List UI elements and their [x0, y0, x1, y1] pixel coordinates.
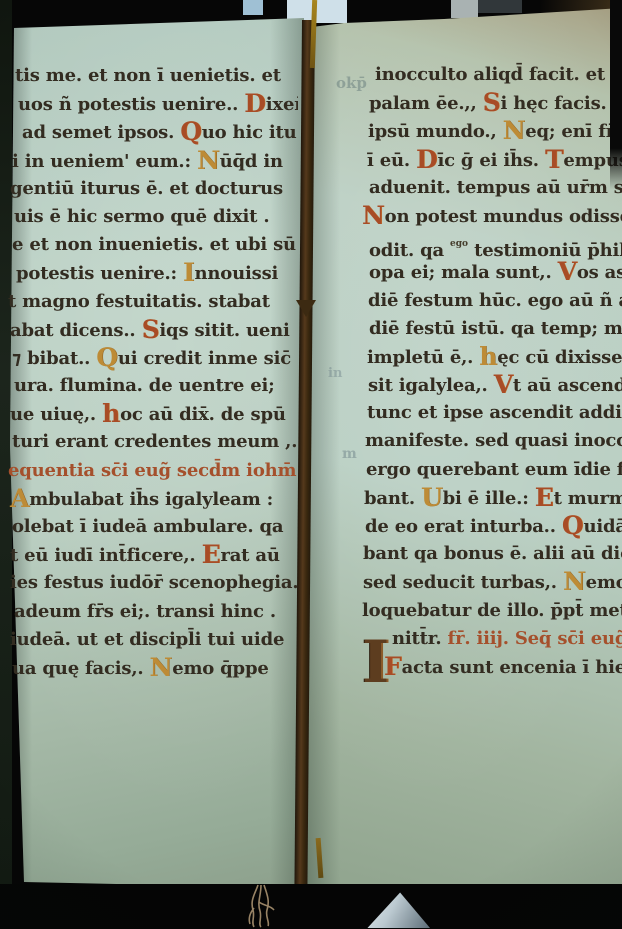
- ink-text: iudeā. ut et discipl̄i tui uide: [10, 629, 284, 650]
- ink-text: tunc et ipse ascendit addiē fe: [367, 402, 622, 423]
- manuscript-line: tunc et ipse ascendit addiē fe: [356, 399, 622, 427]
- right-page-text: inocculto aliqd̄ facit. et queritpalam ē…: [356, 61, 622, 701]
- manuscript-line: sed seducit turbas,. Nemo tam̄ p: [356, 568, 622, 596]
- ink-text: diē festum hūc. ego aū ñ ascen: [368, 290, 622, 311]
- manuscript-line: uos ñ potestis uenire.. Dixer̄: [8, 90, 298, 118]
- ink-text: inocculto aliqd̄ facit. et querit: [375, 64, 622, 85]
- ink-text: mbulabat ih̄s igalyleam :: [29, 489, 273, 510]
- manuscript-line: potestis uenire.: Innouissi: [8, 259, 298, 287]
- manuscript-line: Non potest mundus odisse uos: [356, 202, 622, 230]
- ink-text: t murmur mul: [554, 488, 622, 509]
- ink-text: bi ē ille.:: [443, 488, 535, 509]
- ink-text: ⁊ bibat..: [12, 348, 96, 369]
- ink-text: ies festus iudōr̄ scenophegia.: [10, 572, 298, 593]
- ink-text: uo hic itu: [202, 122, 297, 143]
- photo-bottom-edge: [0, 884, 622, 929]
- colored-initial: Q: [96, 343, 118, 372]
- ink-text: oc aū dix̄. de spū: [120, 404, 286, 425]
- manuscript-line: sit igalylea,. Vt aū ascenderunt: [356, 371, 622, 399]
- ink-text: impletū ē,.: [367, 347, 479, 368]
- ink-text: īc ḡ ei ih̄s.: [437, 150, 544, 171]
- ink-text: ūq̄d in: [220, 151, 283, 172]
- ink-text: ipsū mundo.,: [368, 121, 503, 142]
- manuscript-line: ue uiuę,. hoc aū dix̄. de spū: [8, 400, 298, 428]
- manuscript-line: abat dicens.. Siqs sitit. ueni: [8, 316, 298, 344]
- manuscript-line: ⁊ bibat.. Qui credit inme sic̄: [8, 344, 298, 372]
- ink-text: uis ē hic sermo quē dixit .: [14, 206, 269, 227]
- colored-initial: N: [197, 146, 220, 175]
- ink-text: ęc cū dixisset ipse: [497, 347, 622, 368]
- ink-text: potestis uenire.:: [16, 263, 183, 284]
- ink-text: emo tam̄ p: [586, 572, 622, 593]
- colored-initial: E: [535, 483, 554, 512]
- manuscript-line: equentia sc̄i eug̃ secd̄m iohm̄ .: [8, 457, 298, 485]
- manuscript-line: olebat ī iudeā ambulare. qa: [8, 513, 298, 541]
- colored-initial: I: [183, 258, 195, 287]
- ink-text: de eo erat inturba..: [365, 516, 562, 537]
- colored-initial: D: [244, 89, 265, 118]
- ink-text: t aū ascenderunt: [513, 375, 622, 396]
- manuscript-line: t eū iudī int̄ficere,. Erat aū: [8, 541, 298, 569]
- colored-initial: h: [102, 399, 120, 428]
- ink-text: ue uiuę,.: [10, 404, 102, 425]
- colored-initial: N: [563, 567, 586, 596]
- manuscript-photo: okp̄ in m tis me. et non ī uenietis. etu…: [0, 0, 622, 929]
- ink-text: nnouissi: [195, 263, 279, 284]
- ink-text: sit igalylea,.: [368, 375, 494, 396]
- ink-text: manifeste. sed quasi inocculto: [365, 430, 622, 451]
- manuscript-line: i in ueniem' eum.: Nūq̄d in: [8, 147, 298, 175]
- ink-text: ī eū.: [367, 150, 416, 171]
- manuscript-line: ī eū. Dīc ḡ ei ih̄s. Tempus meū: [356, 146, 622, 174]
- rubric-text: fr̄. iiij. Seq̄ sc̄i eug̃ Sec: [448, 628, 622, 649]
- manuscript-line: iudeā. ut et discipl̄i tui uide: [8, 626, 298, 654]
- manuscript-line: loquebatur de illo. p̄pt̄ metū iu: [356, 597, 622, 625]
- ink-text: diē festū istū. qa temp; meū nond: [369, 318, 622, 339]
- ink-text: opa ei; mala sunt,.: [369, 262, 558, 283]
- colored-initial: V: [494, 370, 513, 399]
- rubric-text: equentia sc̄i eug̃ secd̄m iohm̄ .: [8, 460, 298, 481]
- frayed-cord-tassel: [244, 884, 300, 928]
- ink-text: rat aū: [220, 545, 279, 566]
- ink-text: ego: [450, 239, 468, 249]
- ink-text: palam ēe.,,: [369, 93, 483, 114]
- manuscript-line: bant. Ubi ē ille.: Et murmur mul: [356, 484, 622, 512]
- manuscript-line: ad semet ipsos. Quo hic itu: [8, 118, 298, 146]
- manuscript-line: tis me. et non ī uenietis. et: [8, 62, 298, 90]
- manuscript-line: de eo erat inturba.. Quidā enī d: [356, 512, 622, 540]
- background-object-gray: [451, 0, 478, 18]
- manuscript-line: ergo querebant eum īdie festo d: [356, 456, 622, 484]
- ink-text: bant qa bonus ē. alii aū dicebant: [363, 543, 622, 564]
- background-object-dark: [478, 0, 522, 13]
- manuscript-line: adeum fr̄s ei;. transi hinc .: [8, 598, 298, 626]
- ink-text: ua quę facis,.: [12, 658, 150, 679]
- showthrough-text: in: [328, 366, 342, 381]
- manuscript-line: gentiū iturus ē. et docturus: [8, 175, 298, 203]
- manuscript-line: nitt̄r. fr̄. iiij. Seq̄ sc̄i eug̃ Sec: [356, 625, 622, 653]
- drop-cap-initial-I: I: [362, 633, 389, 691]
- ink-text: aduenit. tempus aū ur̄m sēp̄ se: [369, 177, 622, 198]
- ink-text: ura. flumina. de uentre ei;: [14, 375, 275, 396]
- manuscript-line: ies festus iudōr̄ scenophegia.: [8, 569, 298, 597]
- manuscript-line: uis ē hic sermo quē dixit .: [8, 203, 298, 231]
- manuscript-line: impletū ē,. hęc cū dixisset ipse: [356, 343, 622, 371]
- ink-text: emo q̄ppe: [172, 658, 268, 679]
- ink-text: bant.: [364, 488, 421, 509]
- manuscript-line: odit. qa ego testimoniū p̄hibeo de: [356, 230, 622, 258]
- ink-text: abat dicens..: [10, 320, 142, 341]
- manuscript-line: opa ei; mala sunt,. Vos ascendite: [356, 258, 622, 286]
- colored-initial: Q: [562, 511, 584, 540]
- ink-text: e et non inuenietis. et ubi sū: [12, 234, 296, 255]
- ink-text: ergo querebant eum īdie festo d: [366, 459, 622, 480]
- ink-text: on potest mundus odisse uos: [385, 206, 622, 227]
- manuscript-line: diē festū istū. qa temp; meū nond: [356, 315, 622, 343]
- colored-initial: U: [421, 483, 443, 512]
- colored-initial: V: [558, 257, 577, 286]
- ink-text: uidā enī d: [583, 516, 622, 537]
- showthrough-text: m: [342, 446, 357, 462]
- background-object-blue: [243, 0, 263, 15]
- manuscript-line: ura. flumina. de uentre ei;: [8, 372, 298, 400]
- manuscript-line: palam ēe.,, Si hęc facis. manifest: [356, 89, 622, 117]
- manuscript-line: ipsū mundo., Neq; enī fr̄s eius: [356, 117, 622, 145]
- ink-text: i hęc facis. manifest: [501, 93, 622, 114]
- binding-knot: [296, 300, 316, 317]
- ink-text: nitt̄r.: [392, 628, 448, 649]
- ink-text: loquebatur de illo. p̄pt̄ metū iu: [362, 600, 622, 621]
- colored-initial: S: [142, 315, 160, 344]
- colored-initial: E: [202, 540, 221, 569]
- manuscript-line: ua quę facis,. Nemo q̄ppe: [8, 654, 298, 682]
- manuscript-line: Facta sunt encenia ī hierosol: [356, 653, 622, 681]
- ink-text: olebat ī iudeā ambulare. qa: [12, 516, 283, 537]
- ink-text: gentiū iturus ē. et docturus: [10, 178, 283, 199]
- ink-text: sed seducit turbas,.: [363, 572, 563, 593]
- ink-text: ad semet ipsos.: [22, 122, 180, 143]
- colored-initial: A: [10, 484, 29, 513]
- ink-text: turi erant credentes meum ,.: [12, 431, 297, 452]
- manuscript-line: manifeste. sed quasi inocculto: [356, 427, 622, 455]
- colored-initial: N: [503, 116, 526, 145]
- manuscript-line: aduenit. tempus aū ur̄m sēp̄ se: [356, 174, 622, 202]
- ink-text: ui credit inme sic̄: [118, 348, 291, 369]
- ink-text: acta sunt encenia ī hierosol: [402, 657, 622, 678]
- manuscript-line: e et non inuenietis. et ubi sū: [8, 231, 298, 259]
- ink-text: tis me. et non ī uenietis. et: [15, 65, 281, 86]
- manuscript-line: Ambulabat ih̄s igalyleam :: [8, 485, 298, 513]
- ink-text: t magno festuitatis. stabat: [8, 291, 270, 312]
- manuscript-line: t magno festuitatis. stabat: [8, 288, 298, 316]
- colored-initial: N: [362, 201, 385, 230]
- ink-text: ixer̄: [266, 94, 298, 115]
- manuscript-line: inocculto aliqd̄ facit. et querit: [356, 61, 622, 89]
- ink-text: iqs sitit. ueni: [159, 320, 289, 341]
- manuscript-line: bant qa bonus ē. alii aū dicebant: [356, 540, 622, 568]
- ink-text: i in ueniem' eum.:: [12, 151, 197, 172]
- colored-initial: Q: [180, 117, 202, 146]
- ink-text: uos ñ potestis uenire..: [18, 94, 244, 115]
- ink-text: eq; enī fr̄s eius: [525, 121, 622, 142]
- photo-right-edge: [610, 0, 622, 190]
- manuscript-line: turi erant credentes meum ,.: [8, 428, 298, 456]
- colored-initial: D: [416, 145, 437, 174]
- colored-initial: T: [545, 145, 563, 174]
- left-page-text: tis me. et non ī uenietis. etuos ñ potes…: [8, 62, 298, 698]
- colored-initial: N: [150, 653, 173, 682]
- ink-text: adeum fr̄s ei;. transi hinc .: [14, 601, 276, 622]
- manuscript-line: diē festum hūc. ego aū ñ ascen: [356, 287, 622, 315]
- colored-initial: S: [483, 88, 501, 117]
- ink-text: os ascendite: [577, 262, 622, 283]
- ink-text: t eū iudī int̄ficere,.: [10, 545, 202, 566]
- colored-initial: h: [479, 342, 497, 371]
